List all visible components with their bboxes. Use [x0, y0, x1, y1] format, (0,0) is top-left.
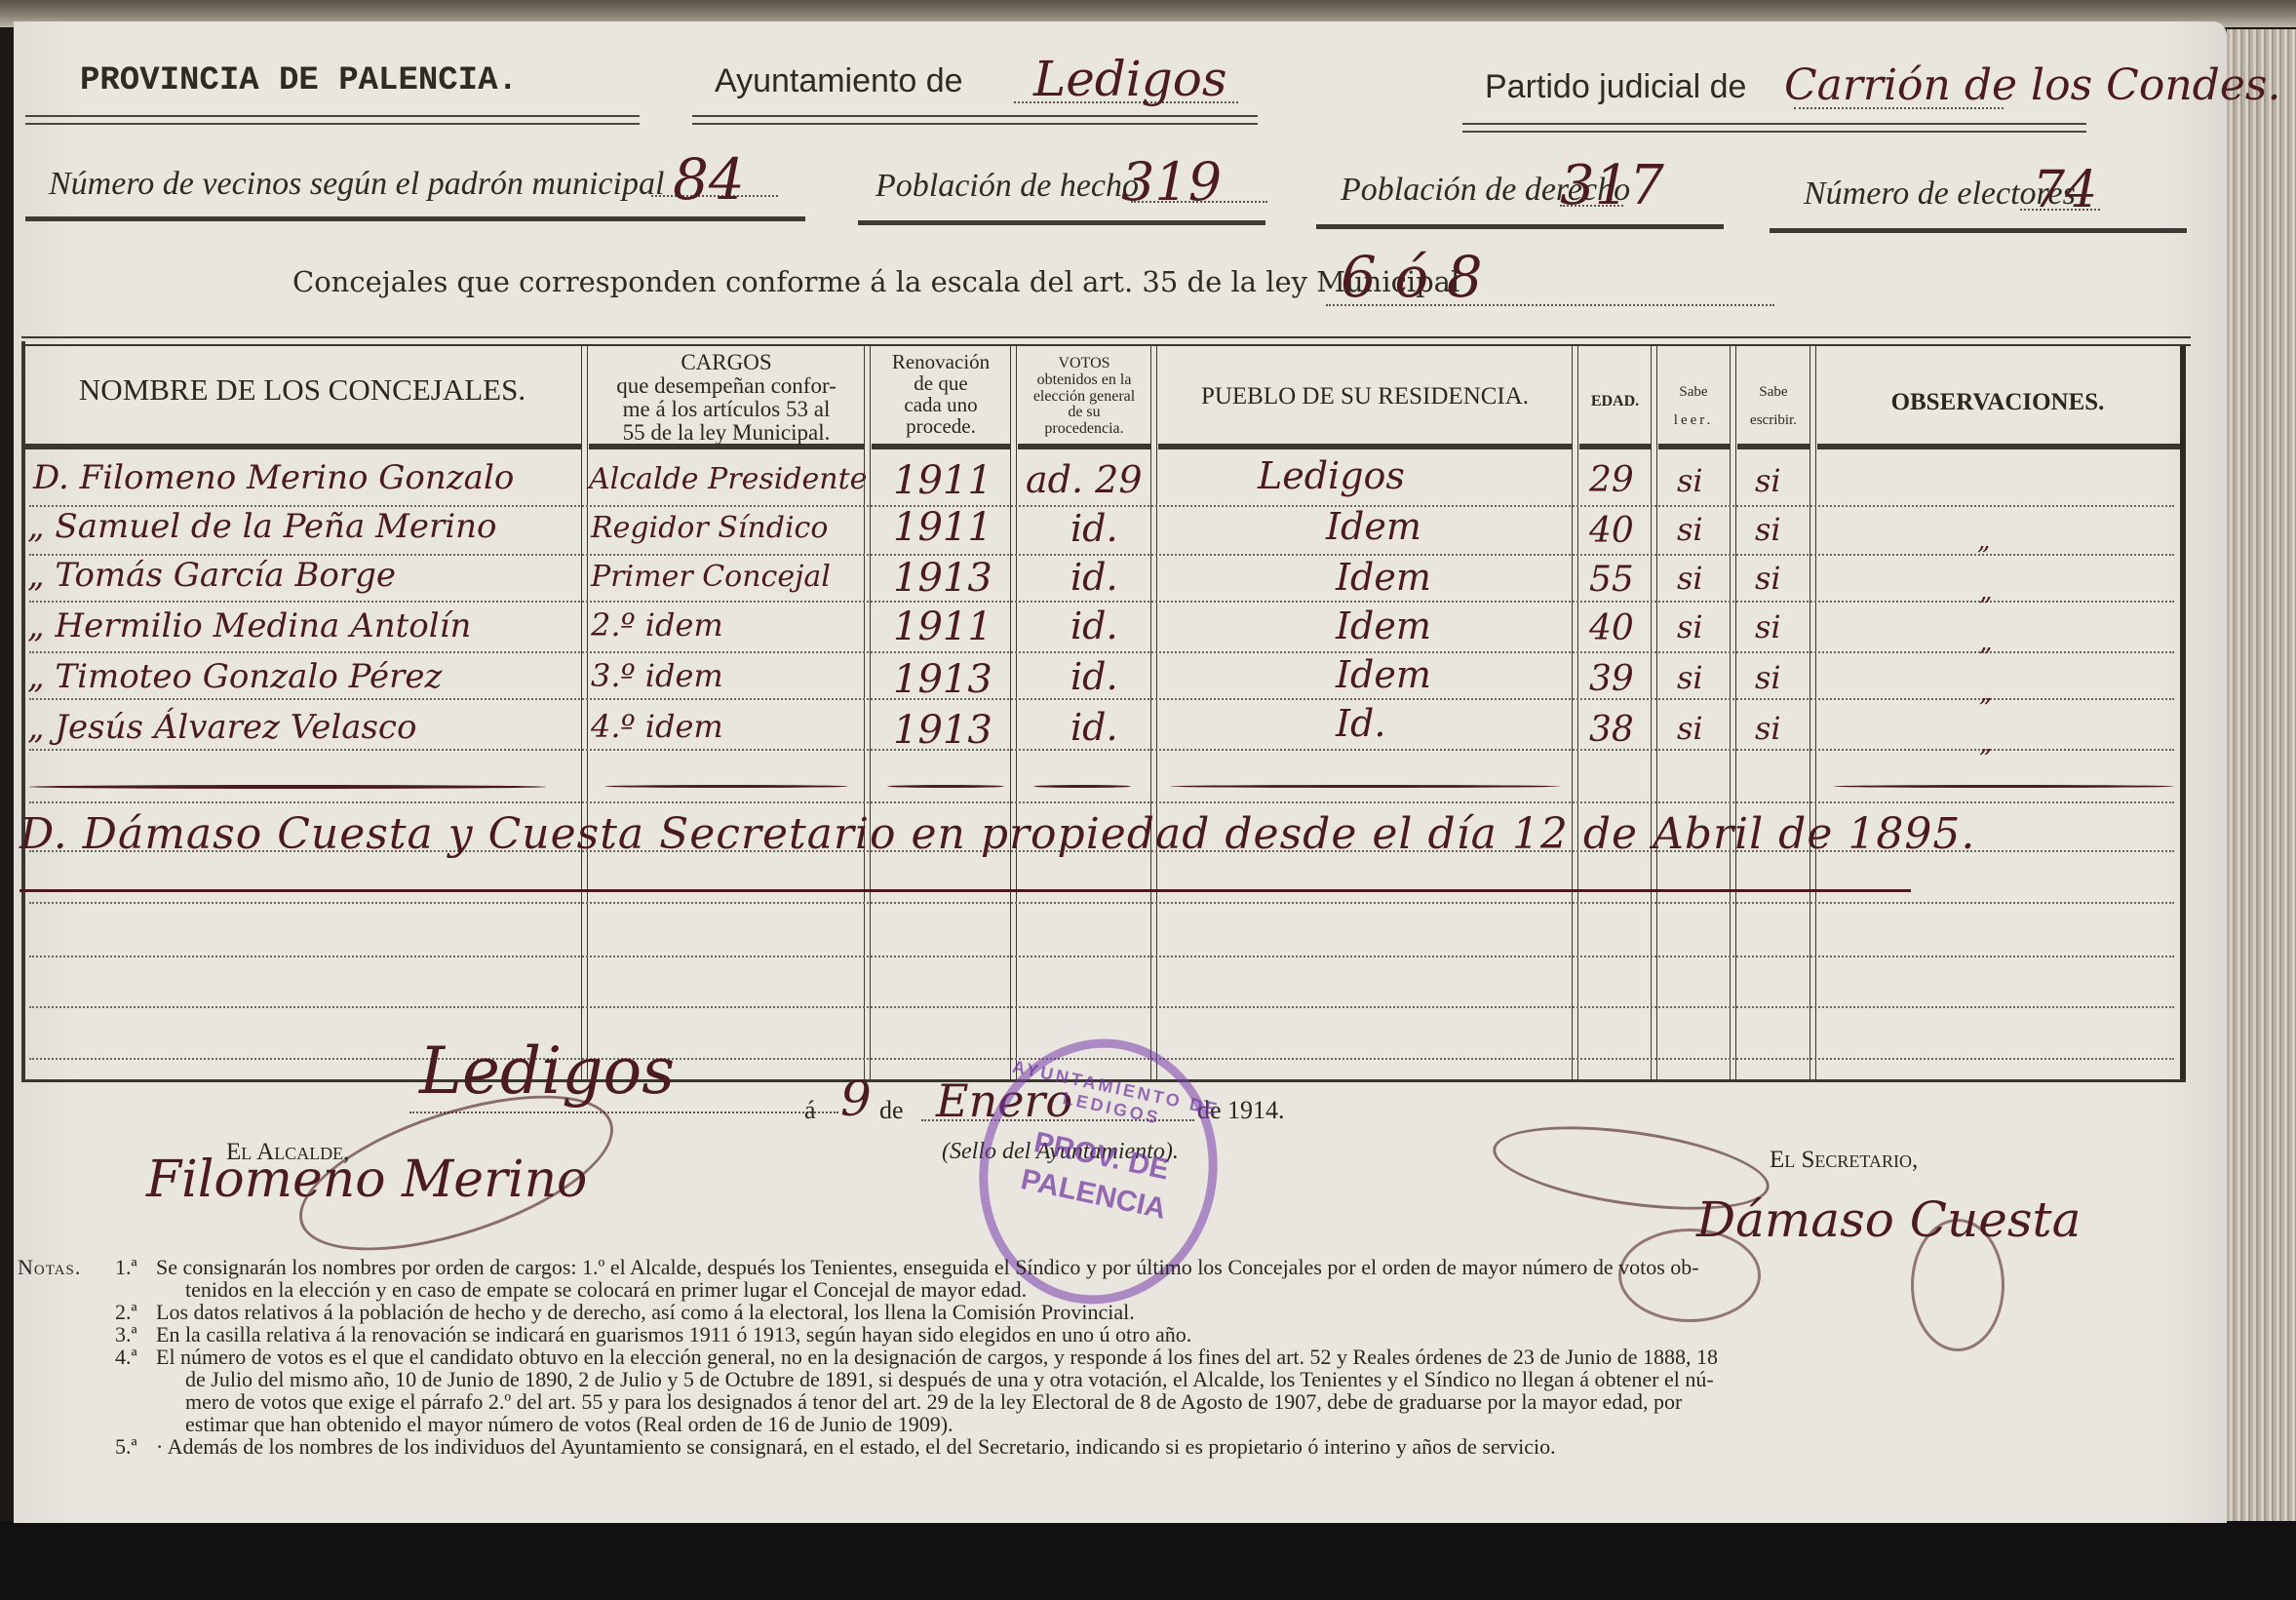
header-rule [692, 115, 1258, 125]
note-item: 3.ªEn la casilla relativa á la renovació… [115, 1323, 1191, 1346]
cell-votos: id. [1070, 655, 1118, 698]
cell-pueblo: Id. [1336, 702, 1385, 745]
signature-flourish [1911, 1219, 2004, 1351]
secretario-underline [19, 889, 1911, 892]
date-a: á [804, 1096, 816, 1125]
cell-renovacion: 1911 [893, 505, 992, 550]
cell-edad: 29 [1589, 460, 1634, 500]
cell-edad: 40 [1589, 511, 1634, 551]
votos-line: de su [1016, 405, 1152, 421]
cell-cargo: Primer Concejal [591, 560, 831, 594]
derecho-value: 317 [1560, 154, 1664, 217]
cell-edad: 40 [1589, 608, 1634, 648]
cell-votos: id. [1070, 605, 1118, 647]
votos-line: elección general [1016, 389, 1152, 406]
cell-leer: si [1677, 511, 1703, 548]
cell-leer: si [1677, 608, 1703, 645]
concejales-value: 6 ó 8 [1341, 244, 1483, 310]
escribir-line: Sabe [1735, 378, 1811, 407]
cell-nombre: D. Filomeno Merino Gonzalo [33, 458, 514, 497]
ayuntamiento-value: Ledigos [1033, 51, 1227, 107]
cell-pueblo: Ledigos [1258, 454, 1405, 497]
renovacion-line: de que [870, 372, 1012, 394]
cell-cargo: 3.º idem [591, 657, 723, 694]
note-number: 1.ª [115, 1256, 156, 1278]
cell-renovacion: 1913 [893, 556, 992, 601]
column-divider [1150, 346, 1157, 1079]
closing-stroke [29, 785, 546, 789]
cell-pueblo: Idem [1336, 605, 1431, 647]
note-text: de Julio del mismo año, 10 de Junio de 1… [185, 1368, 1714, 1390]
stats-rule [1316, 224, 1724, 229]
col-header-observaciones: OBSERVACIONES. [1817, 390, 2178, 415]
cell-votos: ad. 29 [1026, 458, 1143, 501]
row-line [29, 1006, 2174, 1008]
closing-stroke [1170, 785, 1560, 788]
note-number: 2.ª [115, 1301, 156, 1323]
header-rule [25, 115, 640, 125]
row-line [29, 698, 2174, 700]
concejales-label: Concejales que corresponden conforme á l… [292, 265, 1459, 298]
col-header-pueblo: PUEBLO DE SU RESIDENCIA. [1160, 384, 1570, 410]
cell-renovacion: 1913 [893, 657, 992, 702]
votos-line: procedencia. [1016, 421, 1152, 438]
cell-obs: „ [1979, 628, 1992, 657]
renovacion-line: procede. [870, 415, 1012, 437]
col-header-nombre: NOMBRE DE LOS CONCEJALES. [29, 374, 575, 407]
note-item: 1.ªSe consignarán los nombres por orden … [115, 1256, 1699, 1278]
cell-leer: si [1677, 462, 1703, 499]
cell-leer: si [1677, 659, 1703, 696]
leer-line: Sabe [1657, 378, 1730, 407]
closing-stroke [604, 785, 848, 788]
cell-cargo: 2.º idem [591, 606, 723, 644]
note-number: 4.ª [115, 1346, 156, 1368]
header-bottom-rule [25, 444, 581, 449]
partido-label: Partido judicial de [1485, 68, 1746, 106]
cargos-title: CARGOS [589, 351, 864, 374]
secretario-label: El Secretario, [1770, 1147, 1918, 1174]
cell-escribir: si [1755, 608, 1781, 645]
cell-renovacion: 1911 [893, 458, 992, 503]
note-item: 5.ª· Además de los nombres de los indivi… [115, 1435, 1556, 1458]
votos-line: VOTOS [1016, 356, 1152, 372]
date-day: 9 [840, 1071, 872, 1127]
cell-cargo: Regidor Síndico [591, 511, 828, 545]
col-header-cargos: CARGOS que desempeñan confor- me á los a… [589, 351, 864, 446]
row-line [29, 601, 2174, 603]
date-de: de [879, 1096, 904, 1125]
header-bottom-rule [1658, 444, 1730, 449]
header-rule [1462, 123, 2086, 133]
closing-stroke [887, 785, 1004, 788]
cell-votos: id. [1070, 507, 1118, 550]
cell-cargo: Alcalde Presidente [589, 462, 867, 496]
votos-line: obtenidos en la [1016, 372, 1152, 389]
note-text: El número de votos es el que el candidat… [156, 1345, 1718, 1369]
table-right-border [2180, 346, 2186, 1079]
column-divider [581, 346, 588, 1079]
col-header-edad: EDAD. [1579, 394, 1651, 410]
notes-label: Notas. [18, 1256, 81, 1278]
cell-escribir: si [1755, 659, 1781, 696]
note-item: 2.ªLos datos relativos á la población de… [115, 1301, 1135, 1323]
col-header-renovacion: Renovación de que cada uno procede. [870, 351, 1012, 437]
header-bottom-rule [872, 444, 1010, 449]
column-divider [1651, 346, 1657, 1079]
col-header-escribir: Sabe escribir. [1735, 378, 1811, 434]
cell-obs: „ [1979, 577, 1992, 606]
note-text: En la casilla relativa á la renovación s… [156, 1322, 1191, 1346]
cell-escribir: si [1755, 560, 1781, 597]
header-bottom-rule [1817, 444, 2180, 449]
note-text: Se consignarán los nombres por orden de … [156, 1255, 1699, 1279]
cell-obs: „ [1979, 679, 1992, 708]
cell-edad: 38 [1589, 710, 1634, 750]
stats-rule [1770, 228, 2187, 233]
note-number: 3.ª [115, 1323, 156, 1346]
cell-renovacion: 1911 [893, 605, 992, 649]
cargos-sub: me á los artículos 53 al [589, 398, 864, 421]
closing-stroke [1033, 785, 1131, 788]
cell-escribir: si [1755, 511, 1781, 548]
background-shadow [0, 1521, 2296, 1600]
row-line [29, 902, 2174, 904]
hecho-label: Población de hecho [876, 168, 1139, 205]
stats-rule [858, 220, 1265, 225]
secretario-entry: D. Dámaso Cuesta y Cuesta Secretario en … [19, 809, 1975, 859]
column-divider [1810, 346, 1816, 1079]
vecinos-label: Número de vecinos según el padrón munici… [49, 166, 664, 203]
header-bottom-rule [1158, 444, 1572, 449]
vecinos-value: 84 [673, 146, 745, 213]
note-number: 5.ª [115, 1435, 156, 1458]
cell-renovacion: 1913 [893, 708, 992, 753]
cell-edad: 39 [1589, 659, 1634, 699]
cell-nombre: „ Tomás García Borge [27, 556, 396, 595]
province-title: PROVINCIA DE PALENCIA. [80, 62, 518, 99]
header-bottom-rule [1737, 444, 1810, 449]
partido-value: Carrión de los Condes. [1784, 60, 2280, 110]
column-divider [1010, 346, 1017, 1079]
cell-obs: „ [1979, 729, 1992, 759]
cargos-sub: 55 de la ley Municipal. [589, 421, 864, 445]
column-divider [1730, 346, 1736, 1079]
book-page-edges [2227, 29, 2296, 1560]
cell-votos: id. [1070, 556, 1118, 599]
cell-nombre: „ Jesús Álvarez Velasco [27, 708, 416, 747]
column-divider [1572, 346, 1578, 1079]
cell-votos: id. [1070, 706, 1118, 749]
cell-leer: si [1677, 560, 1703, 597]
escribir-line: escribir. [1735, 407, 1811, 435]
electores-value: 74 [2033, 161, 2097, 219]
cell-nombre: „ Hermilio Medina Antolín [27, 606, 471, 645]
ayuntamiento-label: Ayuntamiento de [715, 62, 963, 100]
note-text: Los datos relativos á la población de he… [156, 1300, 1135, 1324]
cell-pueblo: Idem [1326, 505, 1421, 548]
note-text: mero de votos que exige el párrafo 2.º d… [185, 1390, 1682, 1413]
renovacion-line: cada uno [870, 394, 1012, 415]
cell-escribir: si [1755, 710, 1781, 747]
col-header-leer: Sabe leer. [1657, 378, 1730, 434]
closing-stroke [1833, 785, 2174, 788]
hecho-value: 319 [1121, 151, 1222, 213]
row-line [29, 956, 2174, 957]
cell-pueblo: Idem [1336, 653, 1431, 696]
row-line [29, 651, 2174, 653]
cell-nombre: „ Timoteo Gonzalo Pérez [27, 657, 442, 696]
cell-leer: si [1677, 710, 1703, 747]
cell-edad: 55 [1589, 560, 1634, 600]
note-text: · Además de los nombres de los individuo… [156, 1434, 1556, 1459]
row-line [29, 801, 2174, 803]
note-item: 4.ªEl número de votos es el que el candi… [115, 1346, 1718, 1368]
header-bottom-rule [1018, 444, 1150, 449]
note-text: estimar que han obtenido el mayor número… [185, 1413, 953, 1435]
col-header-votos: VOTOS obtenidos en la elección general d… [1016, 356, 1152, 438]
renovacion-line: Renovación [870, 351, 1012, 372]
note-text: tenidos en la elección y en caso de empa… [185, 1278, 1027, 1301]
column-divider [864, 346, 871, 1079]
cell-escribir: si [1755, 462, 1781, 499]
cell-cargo: 4.º idem [591, 708, 723, 745]
cargos-sub: que desempeñan confor- [589, 374, 864, 398]
stats-rule [25, 216, 805, 221]
cell-pueblo: Idem [1336, 556, 1431, 599]
header-bottom-rule [1579, 444, 1651, 449]
cell-obs: „ [1977, 527, 1990, 556]
leer-line: leer. [1657, 407, 1730, 435]
row-line [29, 749, 2174, 751]
cell-nombre: „ Samuel de la Peña Merino [27, 507, 496, 546]
